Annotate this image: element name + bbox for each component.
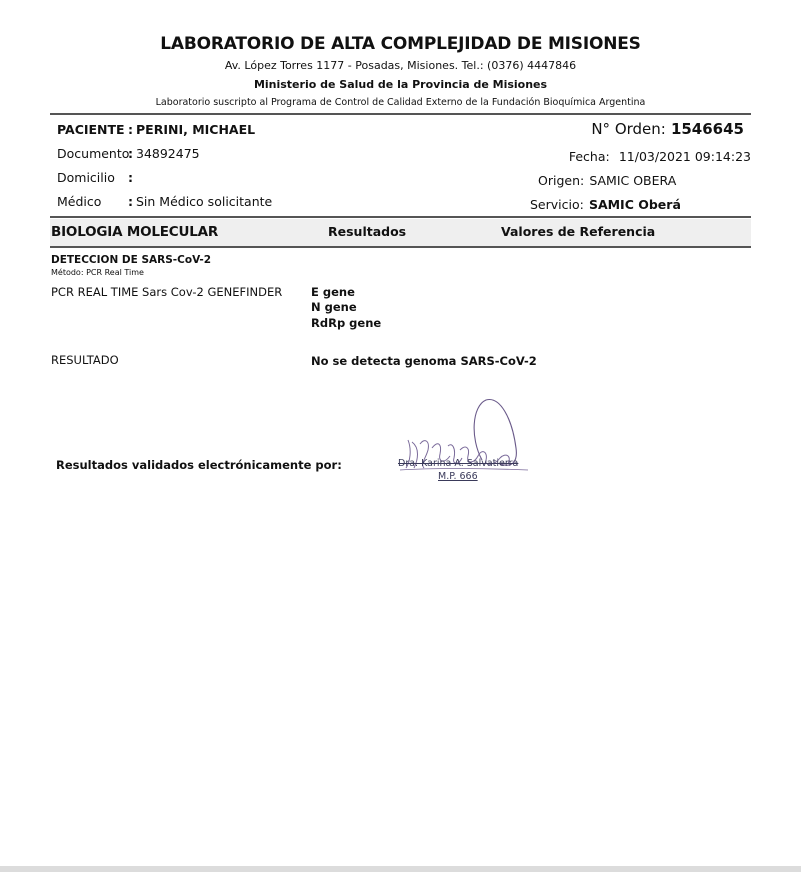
- order-number: 1546645: [671, 120, 744, 138]
- origin-row: Origen: SAMIC OBERA: [538, 170, 676, 189]
- lab-ministry: Ministerio de Salud de la Provincia de M…: [0, 78, 801, 91]
- order-number-label: N° Orden:: [591, 120, 666, 138]
- patient-colon: :: [128, 122, 133, 137]
- origin-value: SAMIC OBERA: [589, 173, 676, 188]
- date-value: 11/03/2021 09:14:23: [619, 149, 751, 164]
- patient-name: PERINI, MICHAEL: [136, 122, 255, 137]
- date-label: Fecha:: [569, 149, 610, 164]
- validation-label: Resultados validados electrónicamente po…: [56, 458, 342, 472]
- date-row: Fecha: 11/03/2021 09:14:23: [569, 146, 751, 165]
- viewer-bottom-edge: [0, 866, 801, 872]
- divider-patient-bottom: [50, 216, 751, 218]
- origin-label: Origen:: [538, 173, 584, 188]
- test-title: DETECCION DE SARS-CoV-2: [51, 254, 211, 266]
- order-number-row: N° Orden: 1546645: [591, 119, 744, 138]
- gene-n: N gene: [311, 300, 357, 314]
- result-label: RESULTADO: [51, 353, 119, 367]
- signer-license: M.P. 666: [438, 471, 478, 482]
- lab-name: LABORATORIO DE ALTA COMPLEJIDAD DE MISIO…: [0, 34, 801, 54]
- document-label: Documento: [57, 146, 129, 161]
- result-value: No se detecta genoma SARS-CoV-2: [311, 354, 537, 368]
- lab-address: Av. López Torres 1177 - Posadas, Misione…: [0, 59, 801, 72]
- service-label: Servicio:: [530, 197, 584, 212]
- document-colon: :: [128, 146, 133, 161]
- gene-rdrp: RdRp gene: [311, 316, 381, 330]
- lab-quality-program: Laboratorio suscripto al Programa de Con…: [0, 97, 801, 108]
- patient-label: PACIENTE: [57, 122, 125, 137]
- test-method: Método: PCR Real Time: [51, 268, 144, 277]
- column-header-results: Resultados: [328, 224, 406, 239]
- address-colon: :: [128, 170, 133, 185]
- signature: Dra. Karina A. Salvatierra M.P. 666: [390, 398, 540, 488]
- document-number: 34892475: [136, 146, 200, 161]
- gene-e: E gene: [311, 285, 355, 299]
- lab-report-page: LABORATORIO DE ALTA COMPLEJIDAD DE MISIO…: [0, 0, 801, 866]
- signer-name: Dra. Karina A. Salvatierra: [398, 458, 518, 469]
- doctor-value: Sin Médico solicitante: [136, 194, 272, 209]
- doctor-colon: :: [128, 194, 133, 209]
- service-value: SAMIC Oberá: [589, 197, 681, 212]
- address-label: Domicilio: [57, 170, 115, 185]
- doctor-label: Médico: [57, 194, 101, 209]
- section-title: BIOLOGIA MOLECULAR: [51, 224, 218, 240]
- divider-top: [50, 113, 751, 115]
- column-header-reference: Valores de Referencia: [501, 224, 655, 239]
- test-name: PCR REAL TIME Sars Cov-2 GENEFINDER: [51, 285, 282, 299]
- service-row: Servicio: SAMIC Oberá: [530, 194, 681, 213]
- divider-section-bottom: [50, 246, 751, 248]
